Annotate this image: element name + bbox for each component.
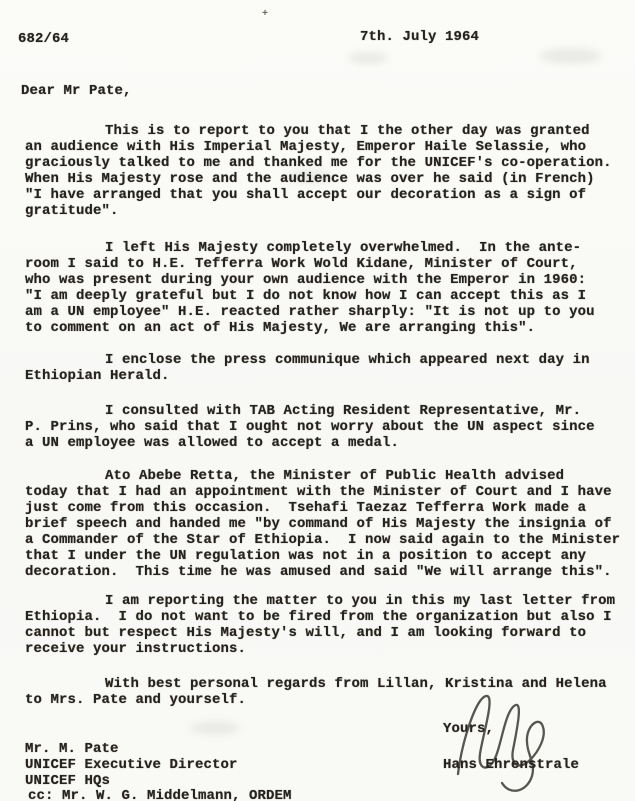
scan-smudge [190,722,240,734]
cc-line: cc: Mr. W. G. Middelmann, ORDEM [28,788,292,801]
scan-smudge [348,52,388,64]
salutation: Dear Mr Pate, [21,83,132,99]
letter-date: 7th. July 1964 [360,29,479,45]
paragraph-6: I am reporting the matter to you in this… [25,593,627,657]
valediction: Yours, [443,721,494,737]
paragraph-5: Ato Abebe Retta, the Minister of Public … [25,468,627,580]
scan-artifact: + [262,7,268,23]
recipient-block: Mr. M. Pate UNICEF Executive Director UN… [25,741,238,789]
reference-number: 682/64 [18,31,69,47]
scan-smudge [540,48,602,64]
paragraph-4: I consulted with TAB Acting Resident Rep… [25,403,627,451]
paragraph-3: I enclose the press communique which app… [25,352,627,384]
paragraph-2: I left His Majesty completely overwhelme… [25,240,627,336]
signer-name: Hans Ehrenstrale [443,757,579,773]
paragraph-7: With best personal regards from Lillan, … [25,676,627,708]
paragraph-1: This is to report to you that I the othe… [25,123,627,219]
letter-page: + 682/64 7th. July 1964 Dear Mr Pate, Th… [0,0,635,801]
